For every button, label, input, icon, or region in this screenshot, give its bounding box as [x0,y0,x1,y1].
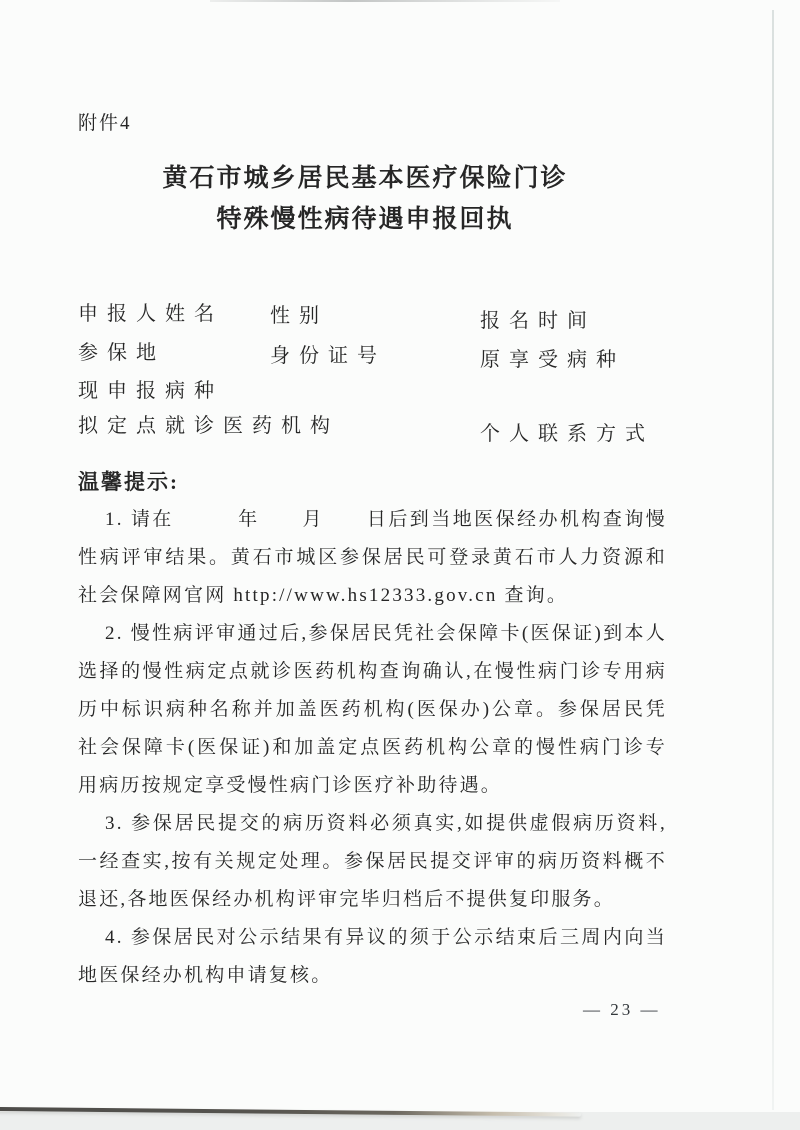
field-label-original-diseases: 原享受病种 [480,343,625,372]
page-number: — 23 — [583,1000,661,1020]
field-label-new-declared-diseases: 现申报病种 [78,374,223,403]
field-label-register-time: 报名时间 [480,304,596,333]
title-line-1: 黄石市城乡居民基本医疗保险门诊 [20,158,710,199]
tip-paragraph-1: 1. 请在 年 月 日后到当地医保经办机构查询慢性病评审结果。黄石市城区参保居民… [78,501,667,615]
scanned-document-page: 附件4 黄石市城乡居民基本医疗保险门诊 特殊慢性病待遇申报回执 申报人姓名 性别… [0,0,800,1130]
field-label-gender: 性别 [270,299,328,328]
tips-heading: 温馨提示: [78,466,179,496]
field-label-personal-contact: 个人联系方式 [480,417,654,446]
scan-artifact-right-edge [772,10,774,1110]
field-label-id-number: 身份证号 [270,339,386,368]
tip-paragraph-3: 3. 参保居民提交的病历资料必须真实,如提供虚假病历资料,一经查实,按有关规定处… [78,805,667,919]
tip-paragraph-4: 4. 参保居民对公示结果有异议的须于公示结束后三周内向当地医保经办机构申请复核。 [78,919,667,995]
field-label-applicant-name: 申报人姓名 [78,297,223,326]
document-title: 黄石市城乡居民基本医疗保险门诊 特殊慢性病待遇申报回执 [20,158,710,240]
title-line-2: 特殊慢性病待遇申报回执 [20,199,710,240]
tips-body: 1. 请在 年 月 日后到当地医保经办机构查询慢性病评审结果。黄石市城区参保居民… [78,501,667,995]
field-label-proposed-institution: 拟定点就诊医药机构 [78,409,339,438]
tip-paragraph-2: 2. 慢性病评审通过后,参保居民凭社会保障卡(医保证)到本人选择的慢性病定点就诊… [78,615,667,805]
field-label-insured-place: 参保地 [78,336,165,365]
scan-artifact-top-edge [210,0,560,2]
attachment-label: 附件4 [78,108,132,135]
form-fields-block: 申报人姓名 性别 报名时间 参保地 身份证号 原享受病种 现申报病种 拟定点就诊… [78,292,678,447]
